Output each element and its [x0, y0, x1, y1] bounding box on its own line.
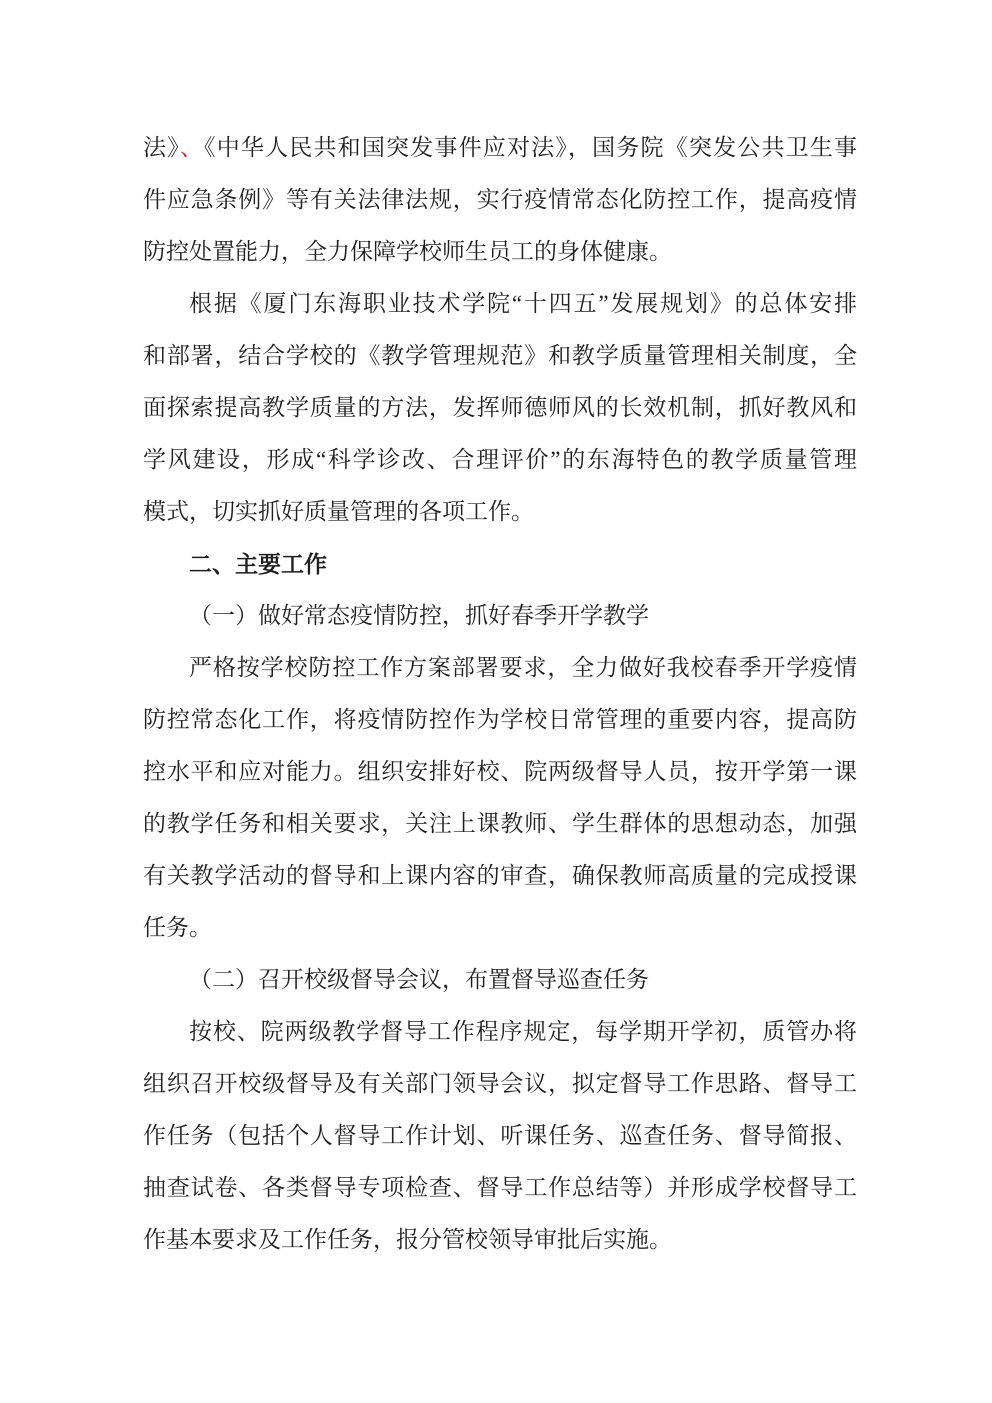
text-segment: 严格按学校防控工作方案部署要求，全力做好我校春季开学疫情	[189, 655, 857, 680]
text-segment: 按校、院两级教学督导工作程序规定，每学期开学初，质管办将	[189, 1019, 857, 1044]
subheading-item-2: （二）召开校级督导会议，布置督导巡查任务	[143, 954, 857, 1006]
text-segment: 的教学任务和相关要求，关注上课教师、学生群体的思想动态，加强	[143, 811, 857, 836]
text-line: 防控常态化工作，将疫情防控作为学校日常管理的重要内容，提高防	[143, 694, 857, 746]
text-segment: 学风建设，形成“科学诊改、合理评价”的东海特色的教学质量管理	[143, 447, 857, 472]
text-line: 有关教学活动的督导和上课内容的审查，确保教师高质量的完成授课	[143, 850, 857, 902]
text-segment: 防控处置能力，全力保障学校师生员工的身体健康。	[143, 239, 672, 264]
text-line: 控水平和应对能力。组织安排好校、院两级督导人员，按开学第一课	[143, 746, 857, 798]
text-line: 的教学任务和相关要求，关注上课教师、学生群体的思想动态，加强	[143, 798, 857, 850]
text-segment: 《中华人民共和国突发事件应对法》，国务院《突发公共卫生事	[204, 135, 857, 160]
text-line: 作基本要求及工作任务，报分管校领导审批后实施。	[143, 1214, 857, 1266]
text-segment: 根据《厦门东海职业技术学院“十四五”发展规划》的总体安排	[189, 291, 857, 316]
text-segment: 组织召开校级督导及有关部门领导会议，拟定督导工作思路、督导工	[143, 1071, 857, 1096]
text-line: 学风建设，形成“科学诊改、合理评价”的东海特色的教学质量管理	[143, 434, 857, 486]
text-segment: 件应急条例》等有关法律法规，实行疫情常态化防控工作，提高疫情	[143, 187, 857, 212]
text-line: 严格按学校防控工作方案部署要求，全力做好我校春季开学疫情	[143, 642, 857, 694]
text-line: 作任务（包括个人督导工作计划、听课任务、巡查任务、督导简报、	[143, 1110, 857, 1162]
text-segment: 任务。	[143, 915, 212, 940]
document-text-area: 法》、《中华人民共和国突发事件应对法》，国务院《突发公共卫生事件应急条例》等有关…	[143, 122, 857, 1266]
para-planning-basis: 根据《厦门东海职业技术学院“十四五”发展规划》的总体安排和部署，结合学校的《教学…	[143, 278, 857, 538]
text-line: 按校、院两级教学督导工作程序规定，每学期开学初，质管办将	[143, 1006, 857, 1058]
text-line: 抽查试卷、各类督导专项检查、督导工作总结等）并形成学校督导工	[143, 1162, 857, 1214]
para-legal-basis: 法》、《中华人民共和国突发事件应对法》，国务院《突发公共卫生事件应急条例》等有关…	[143, 122, 857, 278]
text-segment: 有关教学活动的督导和上课内容的审查，确保教师高质量的完成授课	[143, 863, 857, 888]
heading-main-work: 二、主要工作	[143, 538, 857, 590]
text-line: （一）做好常态疫情防控，抓好春季开学教学	[143, 590, 857, 642]
text-segment: （二）召开校级督导会议，布置督导巡查任务	[189, 967, 649, 992]
heading-line: 二、主要工作	[143, 538, 857, 590]
text-segment: 防控常态化工作，将疫情防控作为学校日常管理的重要内容，提高防	[143, 707, 857, 732]
text-line: 面探索提高教学质量的方法，发挥师德师风的长效机制，抓好教风和	[143, 382, 857, 434]
text-segment: （一）做好常态疫情防控，抓好春季开学教学	[189, 603, 649, 628]
text-segment: 作任务（包括个人督导工作计划、听课任务、巡查任务、督导简报、	[143, 1123, 857, 1148]
text-segment: 模式，切实抓好质量管理的各项工作。	[143, 499, 534, 524]
text-line: 组织召开校级督导及有关部门领导会议，拟定督导工作思路、督导工	[143, 1058, 857, 1110]
text-segment: 和部署，结合学校的《教学管理规范》和教学质量管理相关制度，全	[143, 343, 857, 368]
text-segment: 法》	[143, 135, 180, 160]
text-line: 件应急条例》等有关法律法规，实行疫情常态化防控工作，提高疫情	[143, 174, 857, 226]
text-line: 法》、《中华人民共和国突发事件应对法》，国务院《突发公共卫生事	[143, 122, 857, 174]
para-epidemic-control-teaching: 严格按学校防控工作方案部署要求，全力做好我校春季开学疫情防控常态化工作，将疫情防…	[143, 642, 857, 954]
red-enumeration-comma: 、	[180, 135, 204, 160]
subheading-item-1: （一）做好常态疫情防控，抓好春季开学教学	[143, 590, 857, 642]
para-supervision-meeting: 按校、院两级教学督导工作程序规定，每学期开学初，质管办将组织召开校级督导及有关部…	[143, 1006, 857, 1266]
text-segment: 控水平和应对能力。组织安排好校、院两级督导人员，按开学第一课	[143, 759, 857, 784]
text-line: （二）召开校级督导会议，布置督导巡查任务	[143, 954, 857, 1006]
text-line: 根据《厦门东海职业技术学院“十四五”发展规划》的总体安排	[143, 278, 857, 330]
text-line: 防控处置能力，全力保障学校师生员工的身体健康。	[143, 226, 857, 278]
text-segment: 抽查试卷、各类督导专项检查、督导工作总结等）并形成学校督导工	[143, 1175, 857, 1200]
text-line: 模式，切实抓好质量管理的各项工作。	[143, 486, 857, 538]
document-page: 法》、《中华人民共和国突发事件应对法》，国务院《突发公共卫生事件应急条例》等有关…	[0, 0, 992, 1403]
text-line: 任务。	[143, 902, 857, 954]
text-line: 和部署，结合学校的《教学管理规范》和教学质量管理相关制度，全	[143, 330, 857, 382]
text-segment: 二、主要工作	[189, 551, 327, 577]
text-segment: 作基本要求及工作任务，报分管校领导审批后实施。	[143, 1227, 672, 1252]
text-segment: 面探索提高教学质量的方法，发挥师德师风的长效机制，抓好教风和	[143, 395, 857, 420]
